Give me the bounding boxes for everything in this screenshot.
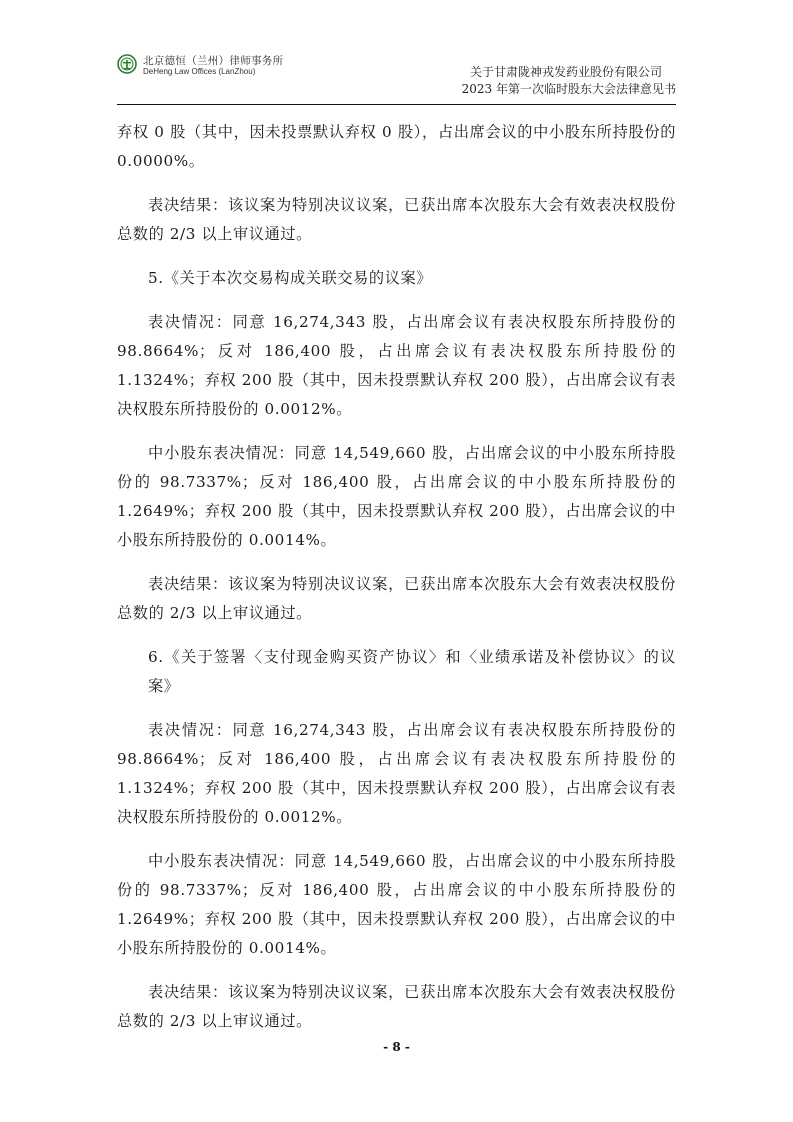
firm-name: 北京德恒（兰州）律师事务所 DeHeng Law Offices (LanZho… — [143, 55, 283, 77]
vote-paragraph-6: 表决情况：同意 16,274,343 股，占出席会议有表决权股东所持股份的98.… — [117, 716, 676, 832]
result-paragraph-6: 表决结果：该议案为特别决议议案，已获出席本次股东大会有效表决权股份总数的 2/3… — [117, 978, 676, 1036]
firm-name-en: DeHeng Law Offices (LanZhou) — [143, 67, 283, 77]
resolution-heading-5: 5.《关于本次交易构成关联交易的议案》 — [117, 264, 676, 293]
carry-over-paragraph: 弃权 0 股（其中，因未投票默认弃权 0 股），占出席会议的中小股东所持股份的0… — [117, 118, 676, 176]
carry-over-result: 表决结果：该议案为特别决议议案，已获出席本次股东大会有效表决权股份总数的 2/3… — [117, 191, 676, 249]
document-body: 弃权 0 股（其中，因未投票默认弃权 0 股），占出席会议的中小股东所持股份的0… — [117, 118, 676, 1036]
result-paragraph-5: 表决结果：该议案为特别决议议案，已获出席本次股东大会有效表决权股份总数的 2/3… — [117, 570, 676, 628]
minority-vote-paragraph-6: 中小股东表决情况：同意 14,549,660 股，占出席会议的中小股东所持股份的… — [117, 847, 676, 963]
document-title-line1: 关于甘肃陇神戎发药业股份有限公司 — [462, 64, 676, 81]
document-title-line2: 2023 年第一次临时股东大会法律意见书 — [462, 81, 676, 98]
firm-name-cn: 北京德恒（兰州）律师事务所 — [143, 55, 283, 67]
minority-vote-paragraph-5: 中小股东表决情况：同意 14,549,660 股，占出席会议的中小股东所持股份的… — [117, 439, 676, 555]
resolution-heading-6: 6.《关于签署〈支付现金购买资产协议〉和〈业绩承诺及补偿协议〉的议案》 — [117, 643, 676, 701]
vote-paragraph-5: 表决情况：同意 16,274,343 股，占出席会议有表决权股东所持股份的98.… — [117, 308, 676, 424]
document-title: 关于甘肃陇神戎发药业股份有限公司 2023 年第一次临时股东大会法律意见书 — [462, 64, 676, 98]
header-rule — [117, 104, 676, 105]
page-header: 北京德恒（兰州）律师事务所 DeHeng Law Offices (LanZho… — [117, 50, 676, 104]
page-number: - 8 - — [0, 1040, 793, 1054]
deheng-emblem-icon — [117, 54, 137, 74]
